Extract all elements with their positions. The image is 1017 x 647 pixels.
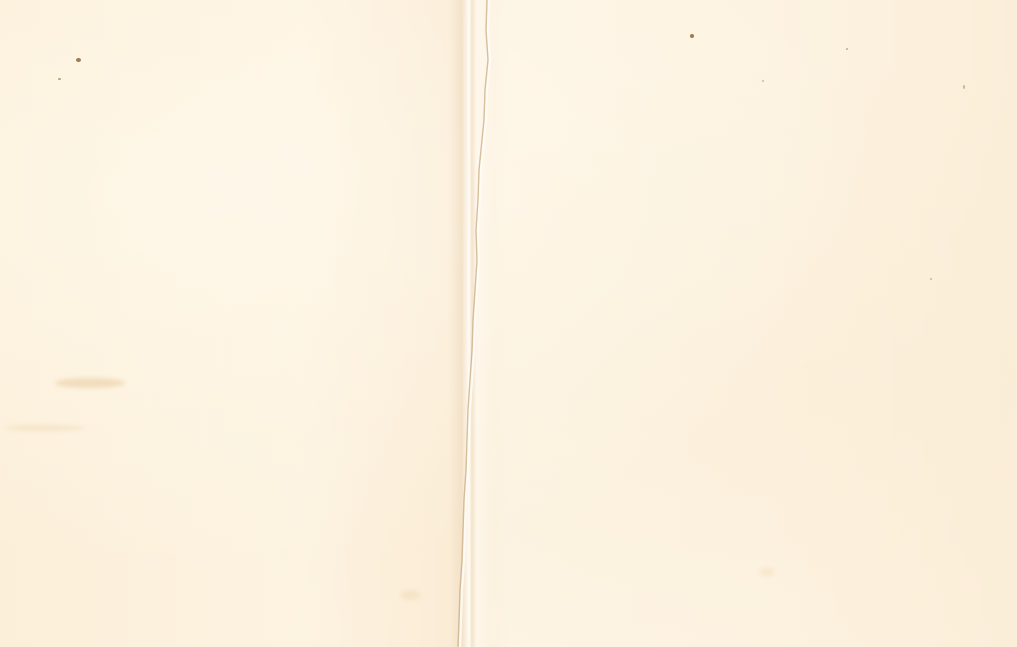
foxing-spot xyxy=(846,48,848,50)
water-stain xyxy=(5,425,85,431)
right-page-half xyxy=(472,0,1017,647)
aged-paper-sheet xyxy=(0,0,1017,647)
water-stain xyxy=(400,590,420,600)
crease-tear-line xyxy=(448,0,494,647)
foxing-spot xyxy=(690,34,694,38)
foxing-spot xyxy=(76,58,81,62)
foxing-spot xyxy=(963,85,965,89)
foxing-spot xyxy=(930,278,932,280)
foxing-spot xyxy=(762,80,764,82)
center-fold-crease xyxy=(448,0,494,647)
foxing-spot xyxy=(58,78,61,80)
water-stain xyxy=(760,568,774,576)
left-page-half xyxy=(0,0,468,647)
water-stain xyxy=(55,378,125,388)
